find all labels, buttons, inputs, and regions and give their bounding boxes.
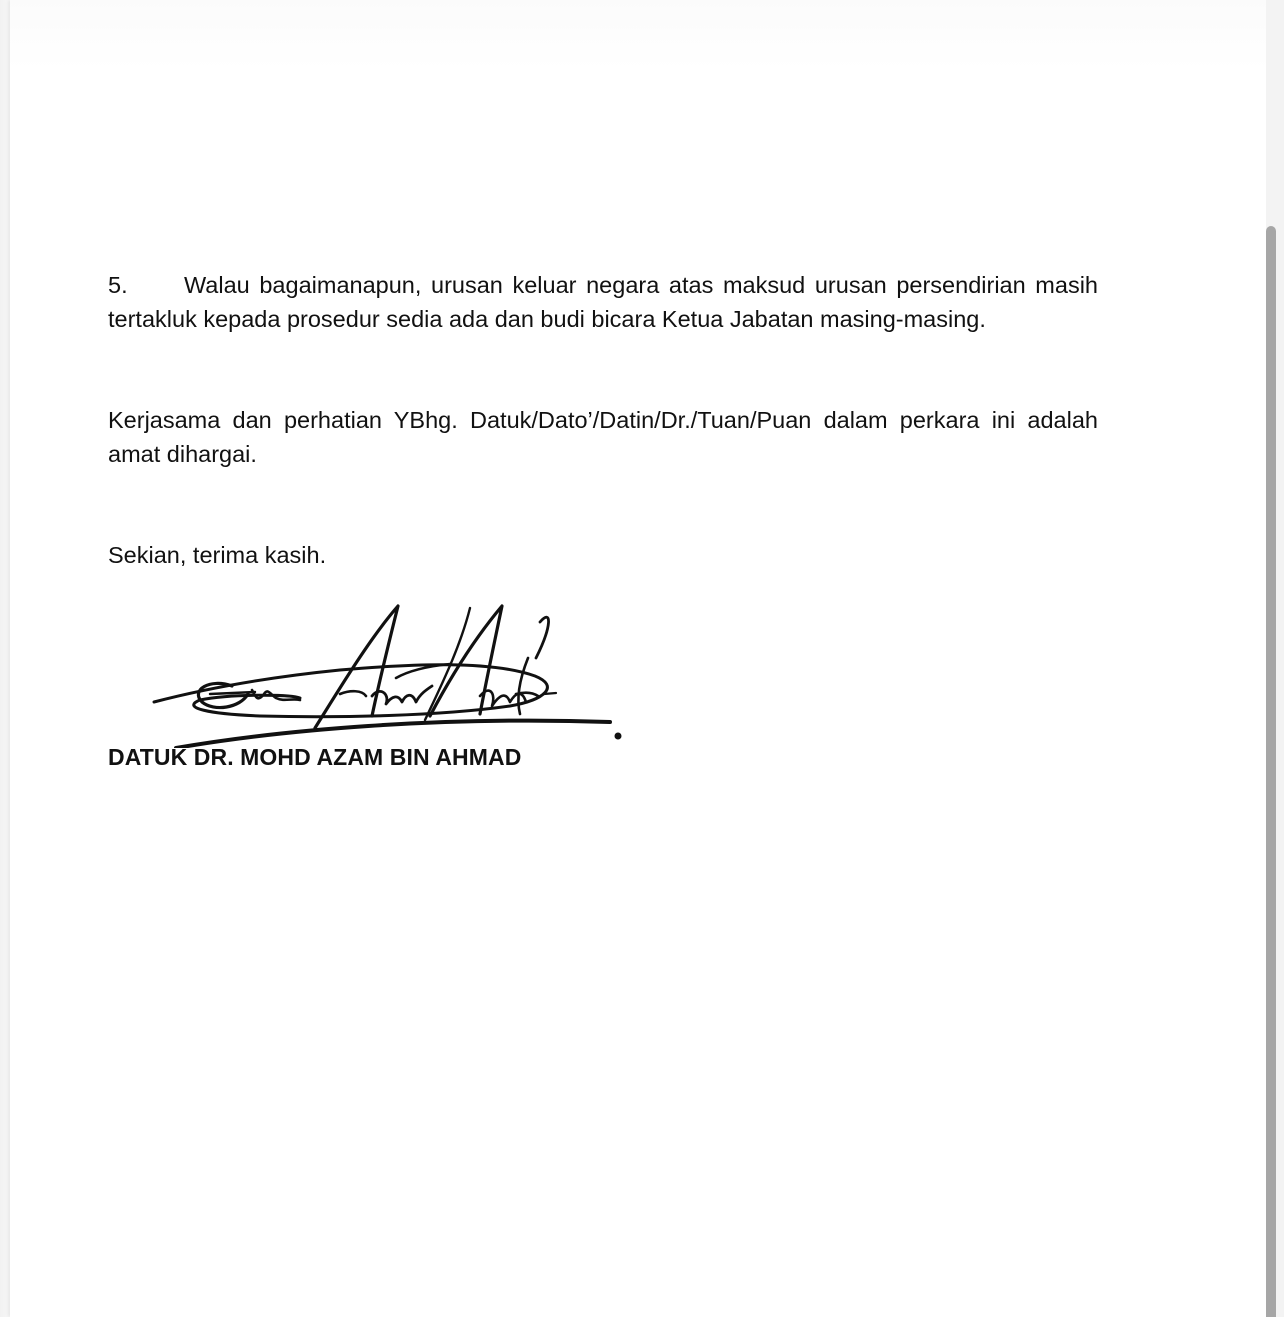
cooperation-paragraph: Kerjasama dan perhatian YBhg. Datuk/Dato…: [108, 403, 1098, 471]
signatory-name: DATUK DR. MOHD AZAM BIN AHMAD: [108, 744, 521, 771]
signature-icon: [140, 598, 640, 748]
page-top-fade: [10, 0, 1266, 70]
closing-line: Sekian, terima kasih.: [108, 538, 1098, 572]
paragraph-number: 5.: [108, 268, 184, 302]
document-viewer: 5.Walau bagaimanapun, urusan keluar nega…: [0, 0, 1284, 1317]
scrollbar-thumb[interactable]: [1266, 226, 1276, 1317]
paragraph-5-text: Walau bagaimanapun, urusan keluar negara…: [108, 272, 1098, 332]
viewer-left-margin: [0, 0, 10, 1317]
paragraph-5: 5.Walau bagaimanapun, urusan keluar nega…: [108, 268, 1098, 336]
